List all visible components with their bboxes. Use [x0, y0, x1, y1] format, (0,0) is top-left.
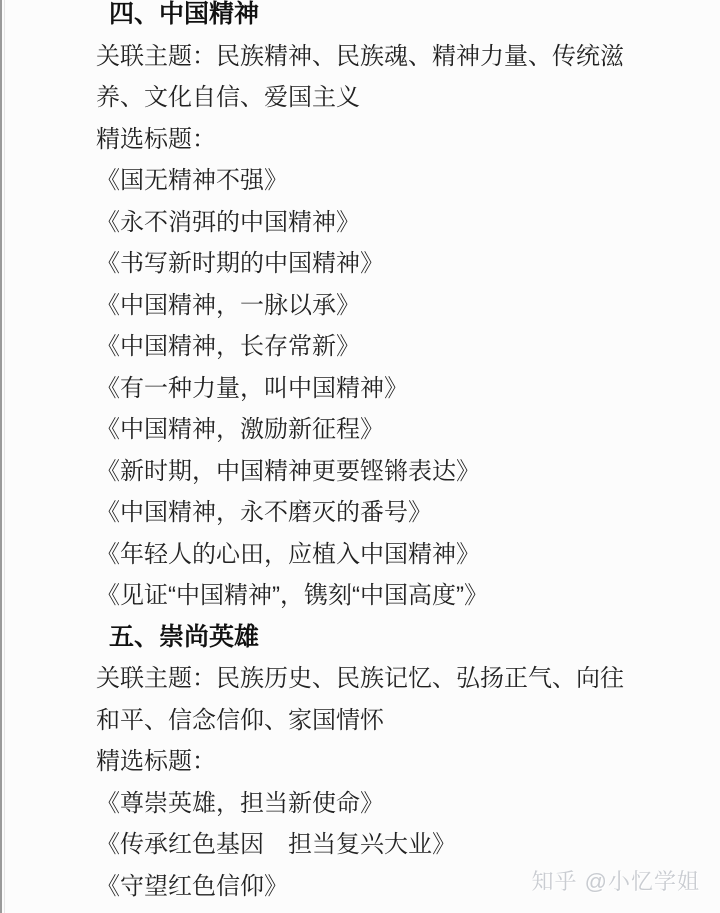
section-heading: 五、崇尚英雄 [109, 617, 700, 659]
watermark: 知乎 @小忆学姐 [532, 865, 700, 896]
related-topics: 关联主题：民族精神、民族魂、精神力量、传统滋养、文化自信、爱国主义 [96, 36, 636, 119]
related-topics: 关联主题：民族历史、民族记忆、弘扬正气、向往和平、信念信仰、家国情怀 [96, 658, 636, 741]
essay-title: 《年轻人的心田，应植入中国精神》 [96, 534, 700, 576]
essay-title: 《中国精神，激励新征程》 [96, 409, 700, 451]
watermark-text: 知乎 @小忆学姐 [532, 869, 700, 894]
essay-title: 《国无精神不强》 [96, 160, 700, 202]
essay-title: 《见证“中国精神”，镌刻“中国高度”》 [96, 575, 700, 617]
selected-titles-label: 精选标题： [96, 741, 636, 783]
essay-title: 《有一种力量，叫中国精神》 [96, 368, 700, 410]
essay-title: 《新时期，中国精神更要铿锵表达》 [96, 451, 700, 493]
title-list: 《国无精神不强》《永不消弭的中国精神》《书写新时期的中国精神》《中国精神，一脉以… [96, 160, 700, 617]
article-body: 四、中国精神 关联主题：民族精神、民族魂、精神力量、传统滋养、文化自信、爱国主义… [0, 0, 720, 907]
essay-title: 《永不消弭的中国精神》 [96, 202, 700, 244]
essay-title: 《中国精神，一脉以承》 [96, 285, 700, 327]
essay-title: 《书写新时期的中国精神》 [96, 243, 700, 285]
section-honor-heroes: 五、崇尚英雄 关联主题：民族历史、民族记忆、弘扬正气、向往和平、信念信仰、家国情… [96, 617, 700, 908]
essay-title: 《中国精神，长存常新》 [96, 326, 700, 368]
essay-title: 《传承红色基因 担当复兴大业》 [96, 824, 700, 866]
essay-title: 《中国精神，永不磨灭的番号》 [96, 492, 700, 534]
selected-titles-label: 精选标题： [96, 119, 636, 161]
section-china-spirit: 四、中国精神 关联主题：民族精神、民族魂、精神力量、传统滋养、文化自信、爱国主义… [96, 0, 700, 617]
section-heading: 四、中国精神 [109, 0, 700, 36]
essay-title: 《尊崇英雄，担当新使命》 [96, 783, 700, 825]
